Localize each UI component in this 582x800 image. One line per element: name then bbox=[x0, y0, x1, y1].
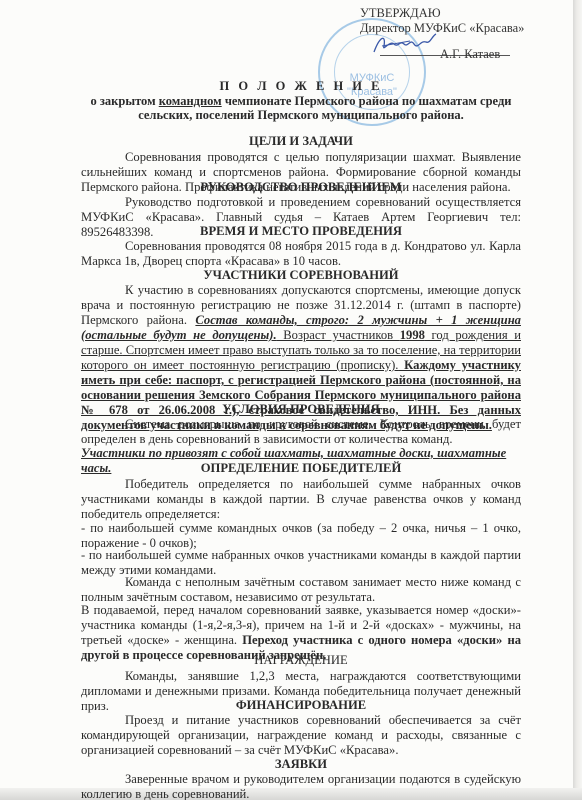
subtitle-text: о закрытом bbox=[91, 94, 159, 108]
heading-goals: ЦЕЛИ И ЗАДАЧИ bbox=[81, 134, 521, 149]
winners-rule-2: - по наибольшей сумме набранных очков уч… bbox=[81, 548, 521, 578]
winners-rule-1: - по наибольшей сумме командных очков (з… bbox=[81, 521, 521, 551]
text-applications: Заверенные врачом и руководителем органи… bbox=[81, 772, 521, 800]
page-edge bbox=[573, 0, 582, 800]
winners-incomplete-team: Команда с неполным зачётным составом зан… bbox=[81, 575, 521, 605]
document-subtitle: о закрытом командном чемпионате Пермског… bbox=[77, 94, 525, 122]
text-financing: Проезд и питание участников соревнований… bbox=[81, 713, 521, 758]
text-conditions: Система розыгрыша по круговой системе. К… bbox=[81, 417, 521, 447]
heading-time-place: ВРЕМЯ И МЕСТО ПРОВЕДЕНИЯ bbox=[81, 224, 521, 239]
document-title: П О Л О Ж Е Н И Е bbox=[81, 79, 521, 94]
heading-awards: НАГРАЖДЕНИЕ bbox=[81, 653, 521, 668]
subtitle-underlined: командном bbox=[159, 94, 222, 108]
heading-participants: УЧАСТНИКИ СОРЕВНОВАНИЙ bbox=[81, 268, 521, 283]
signature-icon bbox=[370, 32, 450, 56]
heading-management: РУКОВОДСТВО ПРОВЕДЕНИЕМ bbox=[81, 180, 521, 195]
heading-financing: ФИНАНСИРОВАНИЕ bbox=[81, 698, 521, 713]
approval-heading: УТВЕРЖДАЮ bbox=[360, 6, 524, 21]
heading-applications: ЗАЯВКИ bbox=[81, 757, 521, 772]
text-winners: Победитель определяется по наибольшей су… bbox=[81, 477, 521, 522]
heading-winners: ОПРЕДЕЛЕНИЕ ПОБЕДИТЕЛЕЙ bbox=[81, 461, 521, 476]
text-time-place: Соревнования проводятся 08 ноября 2015 г… bbox=[81, 239, 521, 269]
participants-age-year: 1998 bbox=[400, 328, 425, 342]
heading-conditions: УСЛОВИЯ ПРОВЕДЕНИЯ bbox=[81, 402, 521, 417]
